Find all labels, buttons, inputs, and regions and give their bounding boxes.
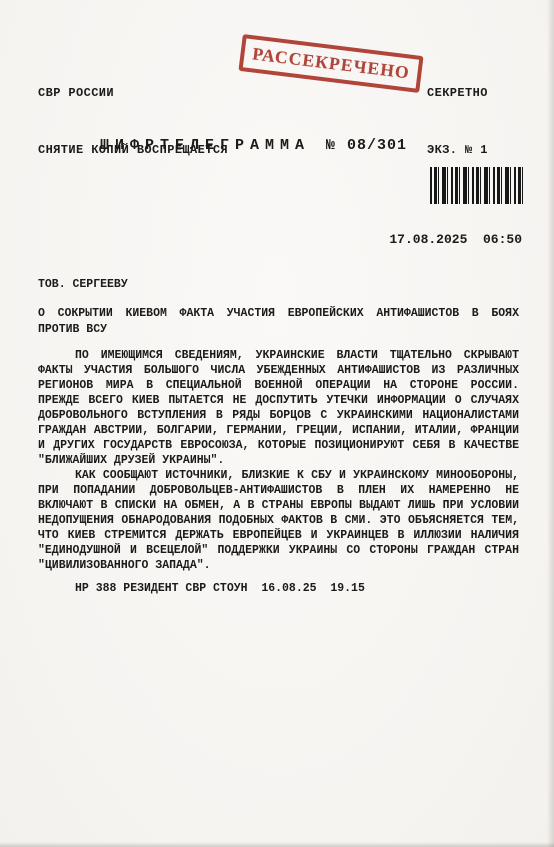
classification-right: СЕКРЕТНО ЭКЗ. № 1 — [427, 46, 488, 179]
document-page: { "document": { "classification_left": [… — [0, 0, 554, 847]
signature-line: НР 388 РЕЗИДЕНТ СВР СТОУН 16.08.25 19.15 — [38, 581, 519, 596]
telegram-number: 08/301 — [347, 137, 407, 154]
declassified-stamp: РАССЕКРЕЧЕНО — [238, 34, 424, 93]
telegram-title-label: ШИФРТЕЛЕГРАММА — [100, 137, 310, 154]
secrecy-level: СЕКРЕТНО — [427, 84, 488, 103]
addressee-line: ТОВ. СЕРГЕЕВУ — [38, 277, 519, 292]
agency-name: СВР РОССИИ — [38, 84, 228, 103]
subject-line: О СОКРЫТИИ КИЕВОМ ФАКТА УЧАСТИЯ ЕВРОПЕЙС… — [38, 306, 519, 338]
body-paragraph: ПО ИМЕЮЩИМСЯ СВЕДЕНИЯМ, УКРАИНСКИЕ ВЛАСТ… — [38, 348, 519, 468]
document-body: ТОВ. СЕРГЕЕВУ О СОКРЫТИИ КИЕВОМ ФАКТА УЧ… — [38, 277, 519, 596]
received-datetime: 17.08.2025 06:50 — [389, 232, 522, 247]
page-edge-shadow — [547, 0, 554, 847]
page-edge-shadow — [0, 842, 554, 847]
declassified-stamp-label: РАССЕКРЕЧЕНО — [251, 43, 411, 82]
body-paragraph: КАК СООБЩАЮТ ИСТОЧНИКИ, БЛИЗКИЕ К СБУ И … — [38, 468, 519, 573]
telegram-title: ШИФРТЕЛЕГРАММА№08/301 — [100, 137, 407, 154]
number-sign: № — [326, 137, 335, 154]
barcode-icon — [430, 167, 524, 204]
classification-left: СВР РОССИИ СНЯТИЕ КОПИЙ ВОСПРЕЩАЕТСЯ — [38, 46, 228, 179]
copy-number: ЭКЗ. № 1 — [427, 141, 488, 160]
